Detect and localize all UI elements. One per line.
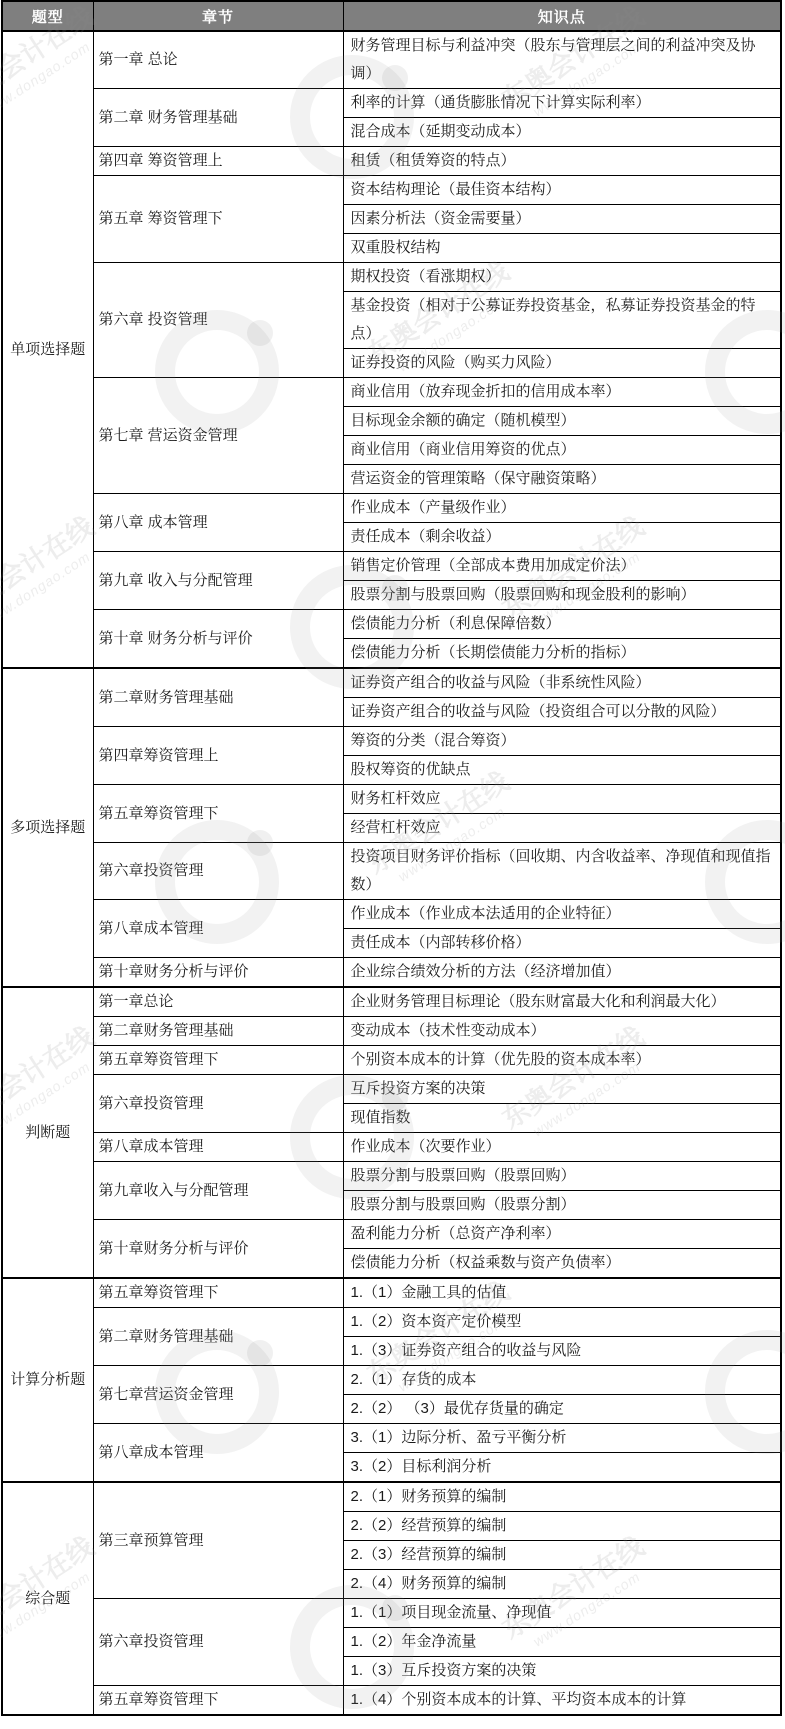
knowledge-point-cell: 偿债能力分析（利息保障倍数） (343, 610, 781, 639)
question-type-cell: 综合题 (2, 1482, 93, 1715)
table-row: 第十章财务分析与评价盈利能力分析（总资产净利率） (2, 1220, 781, 1249)
knowledge-point-cell: 财务杠杆效应 (343, 785, 781, 814)
knowledge-point-cell: 财务管理目标与利益冲突（股东与管理层之间的利益冲突及协调） (343, 31, 781, 89)
knowledge-point-cell: 现值指数 (343, 1104, 781, 1133)
knowledge-point-cell: 1.（3）互斥投资方案的决策 (343, 1657, 781, 1686)
knowledge-point-cell: 企业综合绩效分析的方法（经济增加值） (343, 958, 781, 988)
table-row: 多项选择题第二章财务管理基础证券资产组合的收益与风险（非系统性风险） (2, 668, 781, 698)
knowledge-point-cell: 3.（1）边际分析、盈亏平衡分析 (343, 1424, 781, 1453)
chapter-cell: 第一章 总论 (93, 31, 343, 89)
table-row: 第五章筹资管理下财务杠杆效应 (2, 785, 781, 814)
table-row: 第九章收入与分配管理股票分割与股票回购（股票回购） (2, 1162, 781, 1191)
chapter-cell: 第八章成本管理 (93, 1133, 343, 1162)
knowledge-point-cell: 2.（2）经营预算的编制 (343, 1512, 781, 1541)
knowledge-point-cell: 3.（2）目标利润分析 (343, 1453, 781, 1483)
knowledge-point-cell: 1.（2）资本资产定价模型 (343, 1308, 781, 1337)
knowledge-point-cell: 1.（3）证券资产组合的收益与风险 (343, 1337, 781, 1366)
knowledge-point-cell: 1.（2）年金净流量 (343, 1628, 781, 1657)
chapter-cell: 第三章预算管理 (93, 1482, 343, 1599)
knowledge-point-cell: 混合成本（延期变动成本） (343, 118, 781, 147)
knowledge-point-cell: 因素分析法（资金需要量） (343, 205, 781, 234)
question-type-cell: 单项选择题 (2, 31, 93, 668)
table-row: 第四章筹资管理上筹资的分类（混合筹资） (2, 727, 781, 756)
knowledge-point-cell: 2.（1）存货的成本 (343, 1366, 781, 1395)
chapter-cell: 第二章财务管理基础 (93, 1308, 343, 1366)
table-row: 第九章 收入与分配管理销售定价管理（全部成本费用加成定价法） (2, 552, 781, 581)
knowledge-point-cell: 互斥投资方案的决策 (343, 1075, 781, 1104)
knowledge-point-cell: 责任成本（内部转移价格） (343, 929, 781, 958)
knowledge-point-cell: 1.（4）个别资本成本的计算、平均资本成本的计算 (343, 1686, 781, 1716)
chapter-cell: 第二章 财务管理基础 (93, 89, 343, 147)
table-row: 第十章 财务分析与评价偿债能力分析（利息保障倍数） (2, 610, 781, 639)
chapter-cell: 第二章财务管理基础 (93, 1017, 343, 1046)
knowledge-points-table: 题型 章节 知识点 单项选择题第一章 总论财务管理目标与利益冲突（股东与管理层之… (1, 0, 782, 1716)
knowledge-point-cell: 企业财务管理目标理论（股东财富最大化和利润最大化） (343, 987, 781, 1017)
header-row: 题型 章节 知识点 (2, 1, 781, 31)
knowledge-point-cell: 期权投资（看涨期权） (343, 263, 781, 292)
chapter-cell: 第十章 财务分析与评价 (93, 610, 343, 669)
chapter-cell: 第六章投资管理 (93, 843, 343, 900)
column-header-chapter: 章节 (93, 1, 343, 31)
knowledge-point-cell: 股票分割与股票回购（股票分割） (343, 1191, 781, 1220)
chapter-cell: 第七章 营运资金管理 (93, 378, 343, 494)
knowledge-point-cell: 租赁（租赁筹资的特点） (343, 147, 781, 176)
table-row: 第六章投资管理互斥投资方案的决策 (2, 1075, 781, 1104)
chapter-cell: 第九章收入与分配管理 (93, 1162, 343, 1220)
chapter-cell: 第四章筹资管理上 (93, 727, 343, 785)
knowledge-point-cell: 股权筹资的优缺点 (343, 756, 781, 785)
chapter-cell: 第五章筹资管理下 (93, 1686, 343, 1716)
chapter-cell: 第五章筹资管理下 (93, 785, 343, 843)
table-row: 第十章财务分析与评价企业综合绩效分析的方法（经济增加值） (2, 958, 781, 988)
table-row: 第六章投资管理投资项目财务评价指标（回收期、内含收益率、净现值和现值指数） (2, 843, 781, 900)
knowledge-point-cell: 偿债能力分析（长期偿债能力分析的指标） (343, 639, 781, 669)
knowledge-point-cell: 1.（1）金融工具的估值 (343, 1278, 781, 1308)
table-row: 第二章财务管理基础1.（2）资本资产定价模型 (2, 1308, 781, 1337)
table-row: 第八章 成本管理作业成本（产量级作业） (2, 494, 781, 523)
knowledge-point-cell: 投资项目财务评价指标（回收期、内含收益率、净现值和现值指数） (343, 843, 781, 900)
knowledge-point-cell: 证券投资的风险（购买力风险） (343, 349, 781, 378)
table-body: 单项选择题第一章 总论财务管理目标与利益冲突（股东与管理层之间的利益冲突及协调）… (2, 31, 781, 1715)
knowledge-point-cell: 变动成本（技术性变动成本） (343, 1017, 781, 1046)
question-type-cell: 判断题 (2, 987, 93, 1278)
table-row: 第五章 筹资管理下资本结构理论（最佳资本结构） (2, 176, 781, 205)
table-row: 第六章投资管理1.（1）项目现金流量、净现值 (2, 1599, 781, 1628)
chapter-cell: 第五章筹资管理下 (93, 1046, 343, 1075)
knowledge-point-cell: 作业成本（产量级作业） (343, 494, 781, 523)
knowledge-point-cell: 目标现金余额的确定（随机模型） (343, 407, 781, 436)
chapter-cell: 第十章财务分析与评价 (93, 958, 343, 988)
knowledge-point-cell: 证券资产组合的收益与风险（非系统性风险） (343, 668, 781, 698)
table-row: 综合题第三章预算管理2.（1）财务预算的编制 (2, 1482, 781, 1512)
chapter-cell: 第十章财务分析与评价 (93, 1220, 343, 1279)
question-type-cell: 多项选择题 (2, 668, 93, 987)
table-row: 第七章 营运资金管理商业信用（放弃现金折扣的信用成本率） (2, 378, 781, 407)
knowledge-point-cell: 作业成本（作业成本法适用的企业特征） (343, 900, 781, 929)
table-row: 第二章财务管理基础变动成本（技术性变动成本） (2, 1017, 781, 1046)
knowledge-point-cell: 盈利能力分析（总资产净利率） (343, 1220, 781, 1249)
knowledge-point-cell: 商业信用（放弃现金折扣的信用成本率） (343, 378, 781, 407)
chapter-cell: 第五章筹资管理下 (93, 1278, 343, 1308)
knowledge-point-cell: 作业成本（次要作业） (343, 1133, 781, 1162)
table-row: 第五章筹资管理下1.（4）个别资本成本的计算、平均资本成本的计算 (2, 1686, 781, 1716)
table-row: 第八章成本管理作业成本（次要作业） (2, 1133, 781, 1162)
chapter-cell: 第九章 收入与分配管理 (93, 552, 343, 610)
knowledge-point-cell: 股票分割与股票回购（股票回购） (343, 1162, 781, 1191)
knowledge-point-cell: 股票分割与股票回购（股票回购和现金股利的影响） (343, 581, 781, 610)
knowledge-point-cell: 筹资的分类（混合筹资） (343, 727, 781, 756)
chapter-cell: 第四章 筹资管理上 (93, 147, 343, 176)
chapter-cell: 第六章 投资管理 (93, 263, 343, 378)
chapter-cell: 第八章成本管理 (93, 900, 343, 958)
knowledge-point-cell: 销售定价管理（全部成本费用加成定价法） (343, 552, 781, 581)
chapter-cell: 第六章投资管理 (93, 1599, 343, 1686)
table-row: 单项选择题第一章 总论财务管理目标与利益冲突（股东与管理层之间的利益冲突及协调） (2, 31, 781, 89)
knowledge-point-cell: 责任成本（剩余收益） (343, 523, 781, 552)
column-header-knowledge-point: 知识点 (343, 1, 781, 31)
knowledge-point-cell: 2.（3）经营预算的编制 (343, 1541, 781, 1570)
knowledge-point-cell: 营运资金的管理策略（保守融资策略） (343, 465, 781, 494)
knowledge-point-cell: 证券资产组合的收益与风险（投资组合可以分散的风险） (343, 698, 781, 727)
knowledge-point-cell: 经营杠杆效应 (343, 814, 781, 843)
table-row: 第八章成本管理作业成本（作业成本法适用的企业特征） (2, 900, 781, 929)
chapter-cell: 第八章 成本管理 (93, 494, 343, 552)
table-row: 第六章 投资管理期权投资（看涨期权） (2, 263, 781, 292)
knowledge-point-cell: 商业信用（商业信用筹资的优点） (343, 436, 781, 465)
chapter-cell: 第七章营运资金管理 (93, 1366, 343, 1424)
table-row: 第二章 财务管理基础利率的计算（通货膨胀情况下计算实际利率） (2, 89, 781, 118)
question-type-cell: 计算分析题 (2, 1278, 93, 1482)
knowledge-point-cell: 1.（1）项目现金流量、净现值 (343, 1599, 781, 1628)
table-header: 题型 章节 知识点 (2, 1, 781, 31)
knowledge-point-cell: 个别资本成本的计算（优先股的资本成本率） (343, 1046, 781, 1075)
chapter-cell: 第六章投资管理 (93, 1075, 343, 1133)
table-row: 计算分析题第五章筹资管理下1.（1）金融工具的估值 (2, 1278, 781, 1308)
page: 题型 章节 知识点 单项选择题第一章 总论财务管理目标与利益冲突（股东与管理层之… (0, 0, 785, 1729)
table-row: 第七章营运资金管理2.（1）存货的成本 (2, 1366, 781, 1395)
knowledge-point-cell: 2.（4）财务预算的编制 (343, 1570, 781, 1599)
chapter-cell: 第五章 筹资管理下 (93, 176, 343, 263)
table-row: 第八章成本管理3.（1）边际分析、盈亏平衡分析 (2, 1424, 781, 1453)
knowledge-point-cell: 偿债能力分析（权益乘数与资产负债率） (343, 1249, 781, 1279)
table-row: 第四章 筹资管理上租赁（租赁筹资的特点） (2, 147, 781, 176)
table-row: 第五章筹资管理下个别资本成本的计算（优先股的资本成本率） (2, 1046, 781, 1075)
knowledge-point-cell: 2.（1）财务预算的编制 (343, 1482, 781, 1512)
chapter-cell: 第八章成本管理 (93, 1424, 343, 1483)
knowledge-point-cell: 资本结构理论（最佳资本结构） (343, 176, 781, 205)
table-row: 判断题第一章总论企业财务管理目标理论（股东财富最大化和利润最大化） (2, 987, 781, 1017)
knowledge-point-cell: 基金投资（相对于公募证券投资基金，私募证券投资基金的特点） (343, 292, 781, 349)
knowledge-point-cell: 2.（2） （3）最优存货量的确定 (343, 1395, 781, 1424)
chapter-cell: 第一章总论 (93, 987, 343, 1017)
knowledge-point-cell: 利率的计算（通货膨胀情况下计算实际利率） (343, 89, 781, 118)
knowledge-point-cell: 双重股权结构 (343, 234, 781, 263)
chapter-cell: 第二章财务管理基础 (93, 668, 343, 727)
column-header-question-type: 题型 (2, 1, 93, 31)
